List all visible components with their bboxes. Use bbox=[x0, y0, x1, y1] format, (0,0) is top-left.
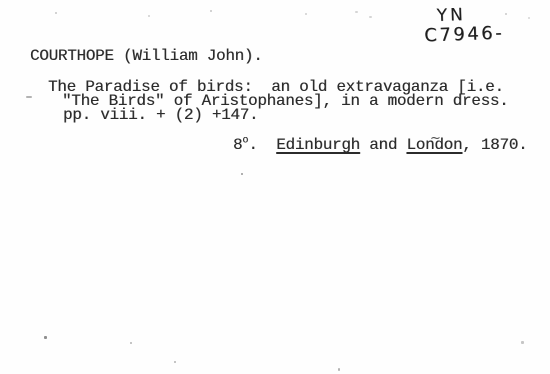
scan-speck bbox=[369, 16, 372, 18]
catalog-card: YN C7946- COURTHOPE (William John). The … bbox=[0, 0, 550, 374]
shelfmark-number: C7946- bbox=[424, 24, 505, 47]
scan-speck bbox=[241, 173, 243, 175]
imprint-date: , 1870. bbox=[462, 136, 527, 154]
scan-speck bbox=[44, 336, 47, 339]
collation-line: pp. viii. + (2) +147. bbox=[63, 107, 258, 124]
scan-speck bbox=[338, 368, 340, 371]
scan-speck bbox=[26, 96, 32, 98]
scan-speck bbox=[55, 12, 57, 14]
scan-speck bbox=[210, 10, 212, 12]
imprint-place-edinburgh: Edinburgh bbox=[276, 136, 360, 154]
scan-speck bbox=[130, 342, 132, 344]
scan-speck bbox=[148, 15, 150, 17]
format-separator: . bbox=[248, 136, 276, 154]
imprint-line: 8o. Edinburgh and London, 1870. bbox=[233, 137, 527, 154]
format-number: 8 bbox=[233, 136, 242, 154]
scan-speck bbox=[528, 17, 530, 19]
scan-speck bbox=[505, 13, 507, 15]
scan-speck bbox=[174, 361, 176, 363]
typewriter-overstrike-artifact: ~ bbox=[430, 131, 441, 146]
scan-speck bbox=[355, 11, 358, 13]
imprint-conjunction: and bbox=[360, 136, 407, 154]
author-heading: COURTHOPE (William John). bbox=[30, 48, 263, 65]
handwritten-shelfmark: YN C7946- bbox=[423, 5, 504, 47]
scan-speck bbox=[305, 13, 307, 15]
scan-speck bbox=[521, 341, 524, 344]
